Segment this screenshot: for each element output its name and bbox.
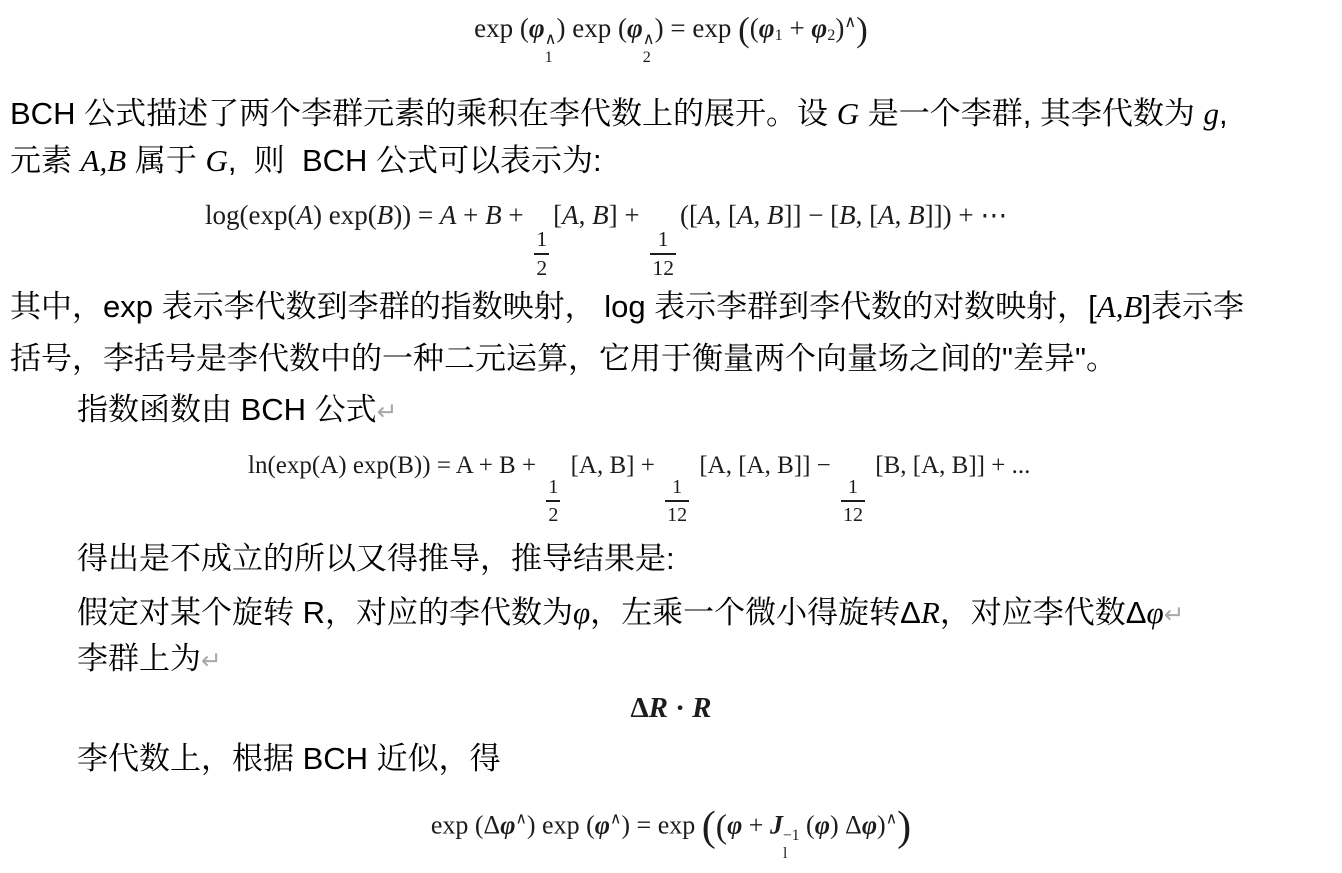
paragraph-bch-intro-line1: BCH 公式描述了两个李群元素的乘积在李代数上的展开。设 G 是一个李群, 其李… <box>10 93 1228 135</box>
sub-sup-stack: −1l <box>783 827 800 862</box>
math-token: J <box>770 810 783 839</box>
paragraph-exp-log-line2: 括号，李括号是李代数中的一种二元运算，它用于衡量两个向量场之间的"差异"。 <box>10 338 1117 380</box>
text-segment: 李群上为 <box>77 641 201 676</box>
fraction: 12 <box>534 229 549 280</box>
math-token: φ <box>529 13 545 43</box>
math-token: ) Δ <box>830 810 862 839</box>
formula-delta-r-product: ΔR · R <box>0 692 1342 725</box>
math-token: ( <box>520 13 529 43</box>
math-token: ) <box>856 10 868 49</box>
math-token: B <box>908 200 925 230</box>
math-token: log(exp( <box>205 200 296 230</box>
paragraph-bch-intro-line2: 元素 A,B 属于 G, 则 BCH 公式可以表示为: <box>10 140 602 182</box>
math-token: ) = exp <box>655 13 738 43</box>
fraction: 112 <box>841 477 865 525</box>
formula-bch-ln-expansion: ln(exp(A) exp(B)) = A + B + 12 [A, B] + … <box>248 452 1030 525</box>
math-token: [B, [A, B]] + ... <box>869 452 1030 479</box>
math-token: + <box>742 810 770 839</box>
text-segment: , <box>1219 96 1228 131</box>
math-token: A <box>878 200 895 230</box>
math-token: ∧ <box>515 811 526 828</box>
math-token: ∧ <box>886 811 897 828</box>
math-token: Δ <box>484 810 501 839</box>
math-token: ( <box>618 13 627 43</box>
document-page: exp (φ∧1) exp (φ∧2) = exp ((φ1 + φ2)∧) B… <box>0 0 1342 873</box>
math-token: ) <box>897 803 911 850</box>
text-segment: , 则 BCH 公式可以表示为: <box>228 143 602 178</box>
math-token: ∧ <box>844 13 856 31</box>
return-mark: ↵ <box>201 648 222 675</box>
math-token: φ <box>595 810 610 839</box>
math-token: A <box>698 200 715 230</box>
math-token: R <box>649 692 668 724</box>
math-token: ([ <box>680 200 698 230</box>
math-token: , <box>895 200 909 230</box>
text-segment: ]表示李 <box>1142 289 1244 324</box>
line-on-lie-group: 李群上为↵ <box>77 638 222 683</box>
math-token: A <box>440 200 457 230</box>
fraction: 112 <box>665 477 689 525</box>
text-segment: φ <box>1147 595 1164 630</box>
return-mark: ↵ <box>377 399 398 426</box>
text-segment: φ <box>573 595 590 630</box>
text-segment: ，对应李代数Δ <box>940 595 1147 630</box>
text-segment: 属于 <box>126 143 205 178</box>
text-segment: 括号，李括号是李代数中的一种二元运算，它用于衡量两个向量场之间的"差异"。 <box>10 341 1117 376</box>
text-segment: BCH 公式描述了两个李群元素的乘积在李代数上的展开。设 <box>10 96 837 131</box>
line-derivation-result: 得出是不成立的所以又得推导，推导结果是: <box>77 538 675 580</box>
text-segment: 其中，exp 表示李代数到李群的指数映射， log 表示李群到李代数的对数映射，… <box>10 289 1097 324</box>
math-token: + <box>456 200 485 230</box>
math-token: · <box>668 692 692 724</box>
formula-bch-so3-product: exp (φ∧1) exp (φ∧2) = exp ((φ1 + φ2)∧) <box>0 10 1342 66</box>
math-token: B <box>592 200 609 230</box>
math-token: Δ <box>630 692 648 724</box>
math-token: , [ <box>856 200 879 230</box>
math-token: A <box>737 200 754 230</box>
return-mark: ↵ <box>1164 602 1185 629</box>
text-segment: 元素 <box>10 143 81 178</box>
math-token: φ <box>500 810 515 839</box>
math-token: , [ <box>714 200 737 230</box>
line-exponential-by-bch: 指数函数由 BCH 公式↵ <box>77 389 397 434</box>
math-token: + <box>783 13 812 43</box>
sub-sup-stack: ∧2 <box>643 30 655 66</box>
math-token: φ <box>627 13 643 43</box>
math-token: ( <box>738 10 750 49</box>
math-token: φ <box>862 810 877 839</box>
sub-sup-stack: ∧1 <box>545 30 557 66</box>
math-token: ) = exp <box>621 810 701 839</box>
text-segment: 指数函数由 BCH 公式 <box>77 392 377 427</box>
math-token: ( <box>702 803 716 850</box>
math-token: φ <box>727 810 742 839</box>
math-token: ) exp ( <box>527 810 595 839</box>
math-token: exp <box>474 13 520 43</box>
math-token: B <box>377 200 394 230</box>
line-on-lie-algebra: 李代数上，根据 BCH 近似，得 <box>77 738 501 780</box>
math-token: ∧ <box>610 811 621 828</box>
math-token: ( <box>800 810 815 839</box>
math-token: ( <box>716 808 727 845</box>
math-token: [ <box>553 200 562 230</box>
math-token: ) <box>877 810 886 839</box>
text-segment: R <box>921 595 940 630</box>
math-token: [A, [A, B]] − <box>693 452 837 479</box>
math-token: ]] − [ <box>783 200 839 230</box>
fraction: 112 <box>650 229 676 280</box>
math-token: )) = <box>393 200 440 230</box>
math-token: [A, B] + <box>564 452 661 479</box>
math-token: exp ( <box>431 810 484 839</box>
math-token: ] + <box>609 200 647 230</box>
formula-bch-log-expansion: log(exp(A) exp(B)) = A + B + 12[A, B] + … <box>205 200 1007 280</box>
math-token: B <box>839 200 856 230</box>
math-token: ) <box>835 13 844 43</box>
math-token: B <box>767 200 784 230</box>
text-segment: A,B <box>1097 289 1143 324</box>
math-token: , <box>579 200 593 230</box>
math-token: ( <box>750 13 759 43</box>
text-segment: ，左乘一个微小得旋转Δ <box>590 595 921 630</box>
math-token: B <box>485 200 502 230</box>
math-token: + <box>502 200 531 230</box>
math-token: 1 <box>775 26 783 44</box>
math-token: ]]) + ⋯ <box>925 200 1008 230</box>
math-token: A <box>296 200 313 230</box>
math-token: , <box>753 200 767 230</box>
text-segment: A,B <box>81 143 127 178</box>
text-segment: 李代数上，根据 BCH 近似，得 <box>77 741 501 776</box>
math-token: A <box>562 200 579 230</box>
text-segment: 是一个李群, 其李代数为 <box>859 96 1203 131</box>
fraction: 12 <box>546 477 560 525</box>
text-segment: 假定对某个旋转 R，对应的李代数为 <box>77 595 573 630</box>
math-token: ) exp <box>557 13 618 43</box>
formula-bch-approximation: exp (Δφ∧) exp (φ∧) = exp ((φ + J−1l (φ) … <box>0 802 1342 862</box>
text-segment: 得出是不成立的所以又得推导，推导结果是: <box>77 541 675 576</box>
math-token: ) exp( <box>313 200 377 230</box>
text-segment: G <box>205 143 227 178</box>
line-rotation-assumption: 假定对某个旋转 R，对应的李代数为φ，左乘一个微小得旋转ΔR，对应李代数Δφ↵ <box>77 592 1184 637</box>
text-segment: G <box>837 96 859 131</box>
math-token: R <box>692 692 711 724</box>
math-token: φ <box>815 810 830 839</box>
math-token: φ <box>811 13 827 43</box>
text-segment: g <box>1204 96 1220 131</box>
math-token: φ <box>759 13 775 43</box>
math-token: ln(exp(A) exp(B)) = A + B + <box>248 452 542 479</box>
paragraph-exp-log-line1: 其中，exp 表示李代数到李群的指数映射， log 表示李群到李代数的对数映射，… <box>10 286 1244 328</box>
